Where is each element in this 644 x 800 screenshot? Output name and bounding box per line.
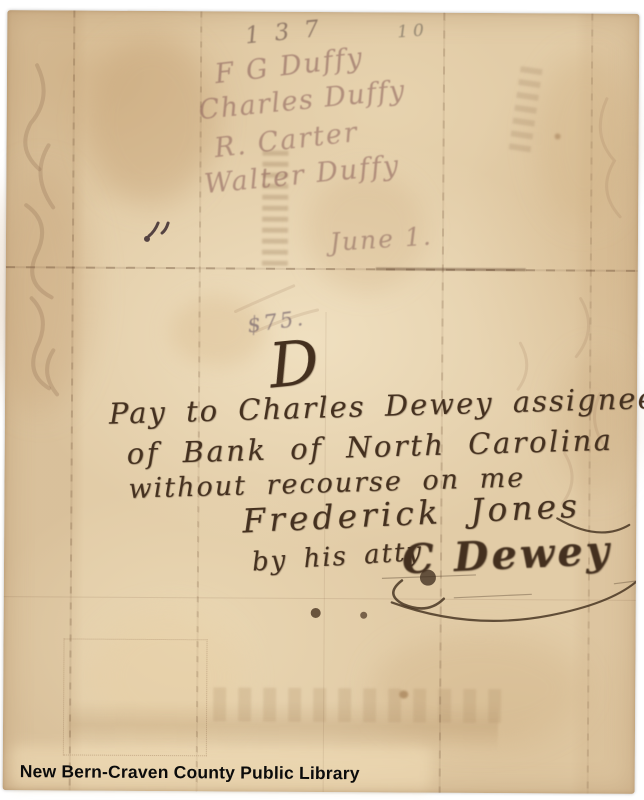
- paper-stain: [554, 353, 635, 493]
- endorser-name: Walter Duffy: [203, 150, 402, 200]
- fold-line-vertical-midleft: [196, 11, 203, 791]
- date-note: June 1.: [329, 222, 433, 257]
- paper-stain: [536, 53, 632, 224]
- endorsement-line-3: without recourse on me: [128, 462, 526, 504]
- endorser-name: F G Duffy: [213, 42, 365, 90]
- ornate-initial-d: D: [266, 325, 323, 403]
- fold-line-horizontal-lower: [4, 596, 636, 601]
- ink-blot: [311, 608, 321, 618]
- endorser-name: R. Carter: [213, 117, 361, 165]
- paper-stain: [170, 296, 265, 367]
- page-number: 10: [397, 20, 430, 42]
- bleed-through-text-band: [213, 687, 503, 723]
- endorser-name: Charles Duffy: [197, 75, 407, 126]
- pencil-strike-lines: [382, 574, 640, 599]
- paper-stain: [93, 611, 244, 742]
- fold-line-horizontal-main-dark-segment: [376, 267, 526, 271]
- endorsement-line-2: of Bank of North Carolina: [126, 423, 614, 471]
- paper-stain: [0, 170, 91, 411]
- paper-stain: [373, 632, 584, 743]
- paper-stain: [86, 36, 217, 207]
- paper-speck: [555, 133, 561, 139]
- ink-blot: [360, 612, 367, 619]
- document-paper: 137 10 F G Duffy Charles Duffy R. Carter…: [3, 10, 640, 794]
- bleed-through-form-outline: [63, 638, 208, 756]
- docket-number: 137: [244, 15, 335, 50]
- fold-line-vertical-right: [587, 14, 594, 794]
- amount-note: $75.: [246, 306, 307, 338]
- fold-line-vertical-left: [69, 10, 76, 790]
- fold-line-horizontal-main: [6, 266, 638, 272]
- endorsement-line-1: Pay to Charles Dewey assignee: [108, 381, 644, 431]
- attorney-prefix: by his atty: [251, 537, 424, 578]
- ink-blot: [420, 570, 436, 586]
- signature-frederick-jones: Frederick Jones: [241, 486, 581, 541]
- bleed-through-band: [68, 700, 498, 751]
- ink-mark-top-left: [144, 223, 168, 242]
- library-watermark: New Bern-Craven County Public Library: [20, 761, 360, 784]
- signature-flourish: [392, 517, 637, 621]
- fold-line-vertical-midright: [439, 13, 446, 793]
- bleed-through-print-column: [262, 148, 289, 266]
- signature-c-dewey: C Dewey: [401, 527, 613, 584]
- paper-speck: [399, 690, 408, 698]
- bleed-through-writing: [3, 10, 640, 794]
- bleed-through-digits: [509, 64, 543, 152]
- fold-line-vertical-center: [323, 312, 327, 792]
- scanned-document-image: 137 10 F G Duffy Charles Duffy R. Carter…: [0, 0, 644, 800]
- paper-stain: [306, 172, 427, 293]
